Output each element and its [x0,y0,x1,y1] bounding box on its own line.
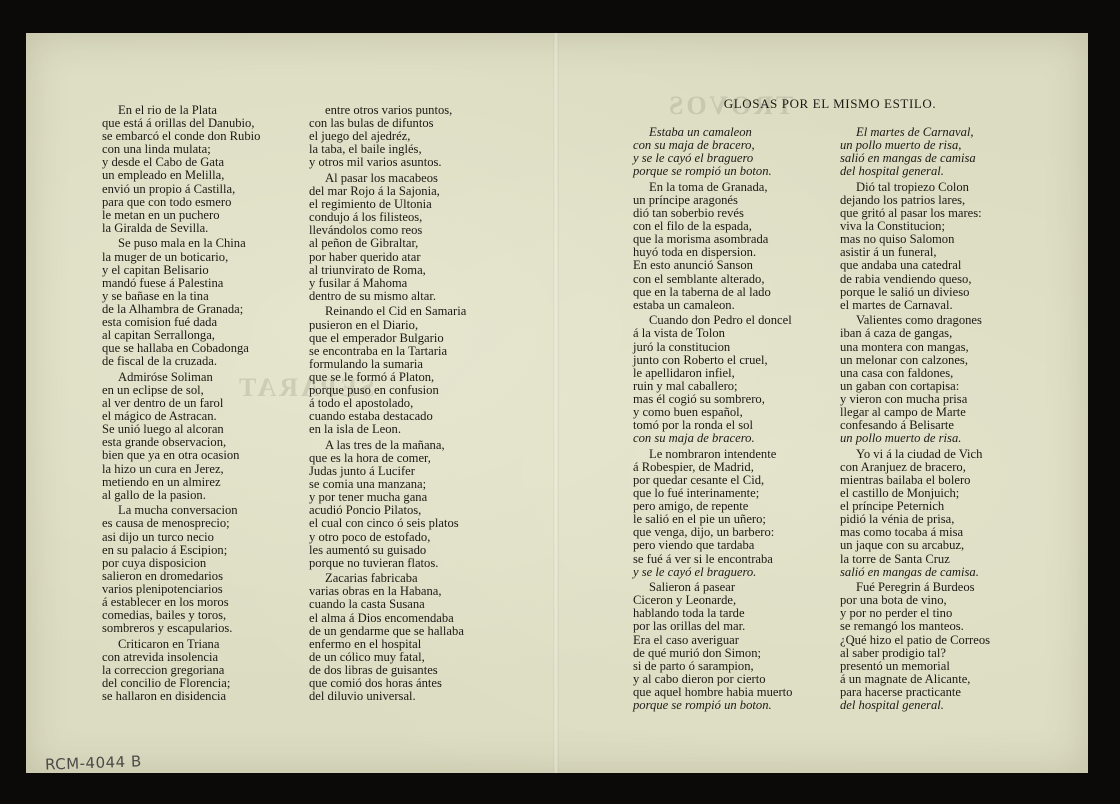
stanza: La mucha conversaciones causa de menospr… [102,504,260,635]
verse-line: Yo vi á la ciudad de Vich [840,448,990,461]
stanza: Reinando el Cid en Samariapusieron en el… [309,305,466,436]
verse-line: y el capitan Belisario [102,264,260,277]
verse-line: Le nombraron intendente [633,448,792,461]
verse-line: y al cabo dieron por cierto [633,673,792,686]
verse-line: de rabia vendiendo queso, [840,273,990,286]
verse-line: se encontraba en la Tartaria [309,345,466,358]
verse-line: metiendo en un almirez [102,476,260,489]
verse-line: el martes de Carnaval. [840,299,990,312]
stanza: Le nombraron intendenteá Robespier, de M… [633,448,792,579]
verse-line: junto con Roberto el cruel, [633,354,792,367]
verse-line: y vieron con mucha prisa [840,393,990,406]
verse-line: juró la constitucion [633,341,792,354]
verse-line: les aumentó su guisado [309,544,466,557]
stanza: El martes de Carnaval,un pollo muerto de… [840,126,990,178]
verse-line: que el emperador Bulgario [309,332,466,345]
verse-line: de un gendarme que se hallaba [309,625,466,638]
stanza: Yo vi á la ciudad de Vichcon Aranjuez de… [840,448,990,579]
verse-line: para que con todo esmero [102,196,260,209]
verse-line: ¿Qué hizo el patio de Correos [840,634,990,647]
verse-line: del diluvio universal. [309,690,466,703]
verse-line: con su maja de bracero. [633,432,792,445]
verse-line: Reinando el Cid en Samaria [309,305,466,318]
verse-line: presentó un memorial [840,660,990,673]
verse-line: le apellidaron infiel, [633,367,792,380]
verse-line: porque le salió un divieso [840,286,990,299]
stanza: Fué Peregrin á Burdeospor una bota de vi… [840,581,990,712]
stanza: Al pasar los macabeosdel mar Rojo á la S… [309,172,466,303]
verse-line: por las orillas del mar. [633,620,792,633]
verse-line: le metan en un puchero [102,209,260,222]
verse-line: la torre de Santa Cruz [840,553,990,566]
verse-line: Era el caso averiguar [633,634,792,647]
verse-line: el cual con cinco ó seis platos [309,517,466,530]
verse-line: al gallo de la pasion. [102,489,260,502]
verse-line: que andaba una catedral [840,259,990,272]
verse-line: una casa con faldones, [840,367,990,380]
verse-line: porque se rompió un boton. [633,699,792,712]
stanza: Estaba un camaleoncon su maja de bracero… [633,126,792,178]
stanza: Salieron á pasearCiceron y Leonarde,habl… [633,581,792,712]
verse-line: un empleado en Melilla, [102,169,260,182]
verse-line: pusieron en el Diario, [309,319,466,332]
verse-line: del hospital general. [840,699,990,712]
archive-shelfmark: RCM-4044 B [45,752,142,773]
stanza: Valientes como dragonesiban á caza de ga… [840,314,990,445]
verse-line: por haber querido atar [309,251,466,264]
verse-line: mas él cogió su sombrero, [633,393,792,406]
verse-line: un jaque con su arcabuz, [840,539,990,552]
verse-line: con atrevida insolencia [102,651,260,664]
verse-line: se hallaron en disidencia [102,690,260,703]
verse-line: y otros mil varios asuntos. [309,156,466,169]
verse-line: que en la taberna de al lado [633,286,792,299]
verse-line: y se bañase en la tina [102,290,260,303]
verse-line: porque se rompió un boton. [633,165,792,178]
verse-line: con el semblante alterado, [633,273,792,286]
right-page-title: GLOSAS POR EL MISMO ESTILO. [700,96,960,112]
verse-line: dentro de su mismo altar. [309,290,466,303]
stanza: En el rio de la Plataque está á orillas … [102,104,260,235]
verse-line: de un cólico muy fatal, [309,651,466,664]
verse-line: á un magnate de Alicante, [840,673,990,686]
verse-line: la Giralda de Sevilla. [102,222,260,235]
stanza: Admiróse Solimanen un eclipse de sol,al … [102,371,260,502]
verse-line: sombreros y escapularios. [102,622,260,635]
verse-line: y fusilar á Mahoma [309,277,466,290]
verse-line: A las tres de la mañana, [309,439,466,452]
verse-line: si de parto ó sarampion, [633,660,792,673]
left-page-column-1: En el rio de la Plataque está á orillas … [102,104,260,706]
verse-line: un melonar con calzones, [840,354,990,367]
verse-line: En esto anunció Sanson [633,259,792,272]
verse-line: iban á caza de gangas, [840,327,990,340]
right-page-column-2: El martes de Carnaval,un pollo muerto de… [840,126,990,715]
verse-line: mandó fuese á Palestina [102,277,260,290]
verse-line: que se le formó á Platon, [309,371,466,384]
verse-line: se remangó los manteos. [840,620,990,633]
verse-line: con Aranjuez de bracero, [840,461,990,474]
verse-line: cuando la casta Susana [309,598,466,611]
stanza: Zacarias fabricabavarias obras en la Hab… [309,572,466,703]
verse-line: porque no tuvieran flatos. [309,557,466,570]
verse-line: de qué murió don Simon; [633,647,792,660]
right-page-column-1: Estaba un camaleoncon su maja de bracero… [633,126,792,715]
verse-line: salió en mangas de camisa. [840,566,990,579]
verse-line: Admiróse Soliman [102,371,260,384]
verse-line: en su palacio á Escipion; [102,544,260,557]
verse-line: pero viendo que tardaba [633,539,792,552]
verse-line: del hospital general. [840,165,990,178]
stanza: En la toma de Granada,un príncipe aragon… [633,181,792,312]
verse-line: envió un propio á Castilla, [102,183,260,196]
verse-line: Criticaron en Triana [102,638,260,651]
verse-line: una montera con mangas, [840,341,990,354]
verse-line: enfermo en el hospital [309,638,466,651]
verse-line: formulando la sumaria [309,358,466,371]
verse-line: En la toma de Granada, [633,181,792,194]
stanza: A las tres de la mañana,que es la hora d… [309,439,466,570]
center-fold [553,33,559,773]
verse-line: de fiscal de la cruzada. [102,355,260,368]
verse-line: en la isla de Leon. [309,423,466,436]
verse-line: un pollo muerto de risa. [840,432,990,445]
verse-line: Dió tal tropiezo Colon [840,181,990,194]
verse-line: al peñon de Gibraltar, [309,237,466,250]
verse-line: al saber prodigio tal? [840,647,990,660]
verse-line: y se le cayó el braguero. [633,566,792,579]
verse-line: Se puso mala en la China [102,237,260,250]
stanza: Cuando don Pedro el doncelá la vista de … [633,314,792,445]
verse-line: la hizo un cura en Jerez, [102,463,260,476]
stanza: Criticaron en Trianacon atrevida insolen… [102,638,260,703]
verse-line: ruin y mal caballero; [633,380,792,393]
verse-line: el alma á Dios encomendaba [309,612,466,625]
stanza: Se puso mala en la Chinala muger de un b… [102,237,260,368]
verse-line: por cuya disposicion [102,557,260,570]
verse-line: á la vista de Tolon [633,327,792,340]
verse-line: salieron en dromedarios [102,570,260,583]
verse-line: al triunvirato de Roma, [309,264,466,277]
stanza: Dió tal tropiezo Colondejando los patrio… [840,181,990,312]
verse-line: es causa de menosprecio; [102,517,260,530]
verse-line: á Robespier, de Madrid, [633,461,792,474]
verse-line: asi dijo un turco necio [102,531,260,544]
verse-line: la muger de un boticario, [102,251,260,264]
verse-line: varios plenipotenciarios [102,583,260,596]
verse-line: estaba un camaleon. [633,299,792,312]
verse-line: bien que ya en otra ocasion [102,449,260,462]
verse-line: se fué á ver si le encontraba [633,553,792,566]
stanza: entre otros varios puntos,con las bulas … [309,104,466,169]
verse-line: un gaban con cortapisa: [840,380,990,393]
verse-line: y otro poco de estofado, [309,531,466,544]
left-page-column-2: entre otros varios puntos,con las bulas … [309,104,466,706]
